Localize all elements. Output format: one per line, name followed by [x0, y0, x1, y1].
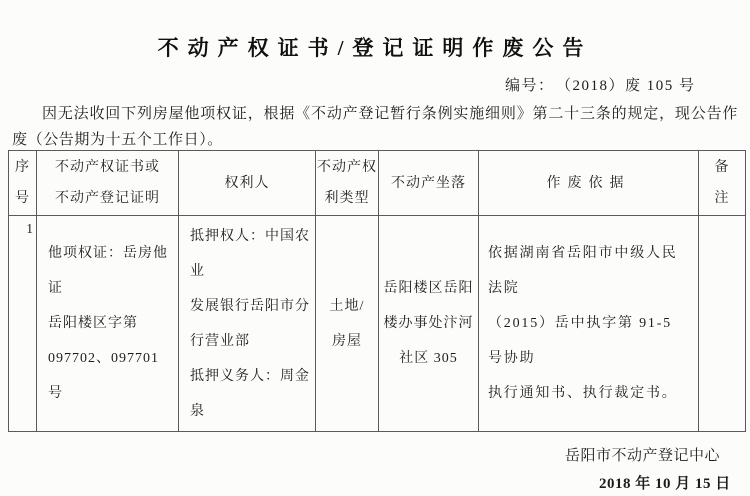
cell-location: 岳阳楼区岳阳楼办事处汴河社区 305 — [379, 216, 479, 432]
cell-certificate: 他项权证：岳房他证岳阳楼区字第097702、097701 号 — [37, 216, 179, 432]
footer-issuer: 岳阳市不动产登记中心 — [565, 444, 720, 465]
col-header-holder: 权利人 — [179, 151, 316, 216]
intro-paragraph: 因无法收回下列房屋他项权证，根据《不动产登记暂行条例实施细则》第二十三条的规定，… — [12, 101, 738, 153]
document-page: 不动产权证书/登记证明作废公告 编号： （2018）废 105 号 因无法收回下… — [0, 0, 750, 496]
cell-holder: 抵押权人：中国农业发展银行岳阳市分行营业部抵押义务人：周金泉 — [179, 216, 316, 432]
footer-date: 2018 年 10 月 15 日 — [599, 472, 731, 493]
document-number: 编号： （2018）废 105 号 — [505, 74, 696, 95]
cancellation-table: 序号 不动产权证书或不动产登记证明 权利人 不动产权利类型 不动产坐落 作废依据… — [8, 150, 746, 432]
table-row: 1 他项权证：岳房他证岳阳楼区字第097702、097701 号 抵押权人：中国… — [9, 216, 746, 432]
col-header-certificate: 不动产权证书或不动产登记证明 — [37, 151, 179, 216]
table-header-row: 序号 不动产权证书或不动产登记证明 权利人 不动产权利类型 不动产坐落 作废依据… — [9, 151, 746, 216]
col-header-basis: 作废依据 — [479, 151, 699, 216]
cell-note — [699, 216, 746, 432]
col-header-note: 备注 — [699, 151, 746, 216]
cell-seq: 1 — [9, 216, 37, 432]
col-header-right-type: 不动产权利类型 — [316, 151, 379, 216]
col-header-location: 不动产坐落 — [379, 151, 479, 216]
document-title: 不动产权证书/登记证明作废公告 — [0, 32, 750, 62]
cell-basis: 依据湖南省岳阳市中级人民法院（2015）岳中执字第 91-5 号协助执行通知书、… — [479, 216, 699, 432]
cell-right-type: 土地/房屋 — [316, 216, 379, 432]
col-header-seq: 序号 — [9, 151, 37, 216]
